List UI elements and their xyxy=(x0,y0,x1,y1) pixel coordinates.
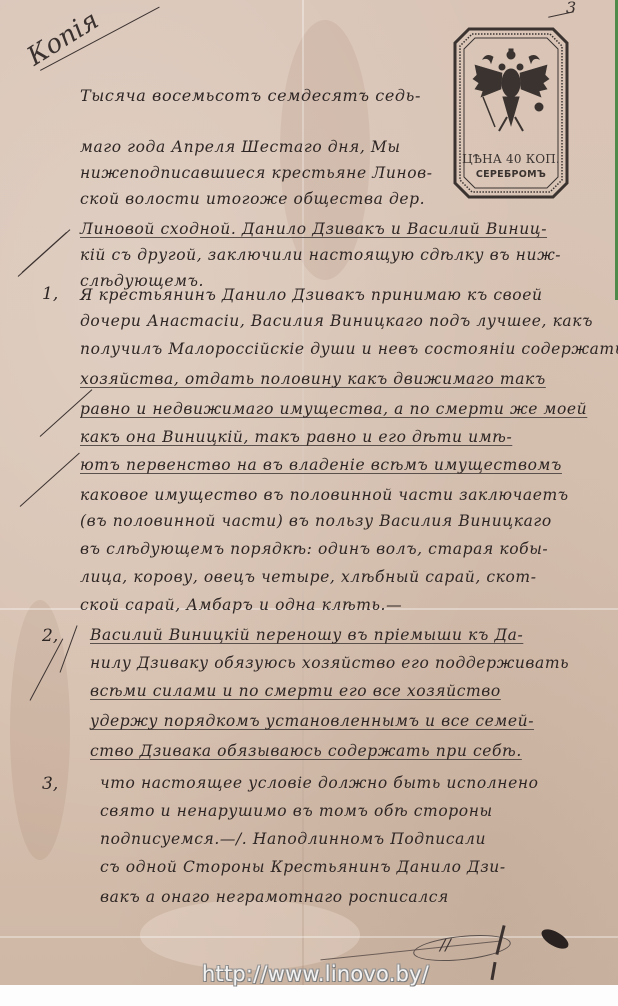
document-page: Копія 3 xyxy=(0,0,618,985)
text-line: вакъ а онаго неграмотнаго росписался xyxy=(100,888,449,906)
text-line: получилъ Малороссійскіе души и невъ сост… xyxy=(80,340,618,358)
text-line: нилу Дзиваку обязуюсь хозяйство его подд… xyxy=(90,654,569,672)
text-line: удержу порядкомъ установленнымъ и все се… xyxy=(90,712,534,730)
text-line: какъ она Виницкій, такъ равно и его дѣти… xyxy=(80,428,512,446)
text-line: Тысяча восемьсотъ семдесятъ седь- xyxy=(80,86,421,105)
clause-number: 2, xyxy=(42,626,58,646)
text-line: Линовой сходной. Данило Дзивакъ и Васили… xyxy=(80,220,547,238)
text-line: лица, корову, овецъ четыре, хлѣбный сара… xyxy=(80,568,537,586)
margin-slash xyxy=(22,232,67,273)
text-line: ской сарай, Амбаръ и одна клѣть.— xyxy=(80,596,402,614)
text-line: ство Дзивака обязываюсь содержать при се… xyxy=(90,742,522,760)
text-line: въ слѣдующемъ порядкѣ: одинъ волъ, стара… xyxy=(80,540,548,558)
double-headed-eagle-icon xyxy=(473,49,549,131)
text-line: всѣми силами и по смерти его все хозяйст… xyxy=(90,682,501,700)
ink-blot xyxy=(539,925,572,952)
text-line: Василий Виницкій переношу въ прiемыши къ… xyxy=(90,626,523,644)
revenue-stamp: ЦѢНА 40 КОП. СЕРЕБРОМЪ xyxy=(453,27,569,199)
text-line: кій съ другой, заключили настоящую сдѣлк… xyxy=(80,246,561,264)
text-line: хозяйства, отдать половину какъ движимаг… xyxy=(80,370,546,388)
clause-number: 1, xyxy=(42,284,58,304)
text-line: ской волости итогоже общества дер. xyxy=(80,190,425,208)
stamp-price: ЦѢНА 40 КОП. xyxy=(453,152,569,166)
margin-slash xyxy=(20,453,80,507)
text-line: равно и недвижимаго имущества, а по смер… xyxy=(80,400,587,418)
copy-mark: Копія xyxy=(22,5,104,72)
text-line: нижеподписавшиеся крестьяне Линов- xyxy=(80,164,433,182)
text-line: что настоящее условіе должно быть исполн… xyxy=(100,774,539,792)
stamp-currency: СЕРЕБРОМЪ xyxy=(453,169,569,180)
page-number: 3 xyxy=(566,0,576,17)
text-line: съ одной Стороны Крестьянинъ Данило Дзи- xyxy=(100,858,506,876)
text-line: каковое имущество въ половинной части за… xyxy=(80,486,569,504)
signature-mark: // xyxy=(440,935,451,954)
horizontal-fold xyxy=(0,936,618,938)
text-line: Я крестьянинъ Данило Дзивакъ принимаю къ… xyxy=(80,286,543,304)
clause-number: 3, xyxy=(42,774,58,794)
text-line: (въ половинной части) въ пользу Василия … xyxy=(80,512,552,530)
text-line: подписуемся.—/. Наподлинномъ Подписали xyxy=(100,830,486,848)
ink-stroke xyxy=(490,962,496,980)
text-line: маго года Апреля Шестаго дня, Мы xyxy=(80,138,401,156)
watermark-url: http://www.linovo.by/ xyxy=(202,962,429,986)
text-line: дочери Анастасіи, Василия Виницкаго подъ… xyxy=(80,312,593,330)
text-line: свято и ненарушимо въ томъ обѣ стороны xyxy=(100,802,493,820)
text-line: ютъ первенство на въ владеніе всѣмъ имущ… xyxy=(80,456,562,474)
